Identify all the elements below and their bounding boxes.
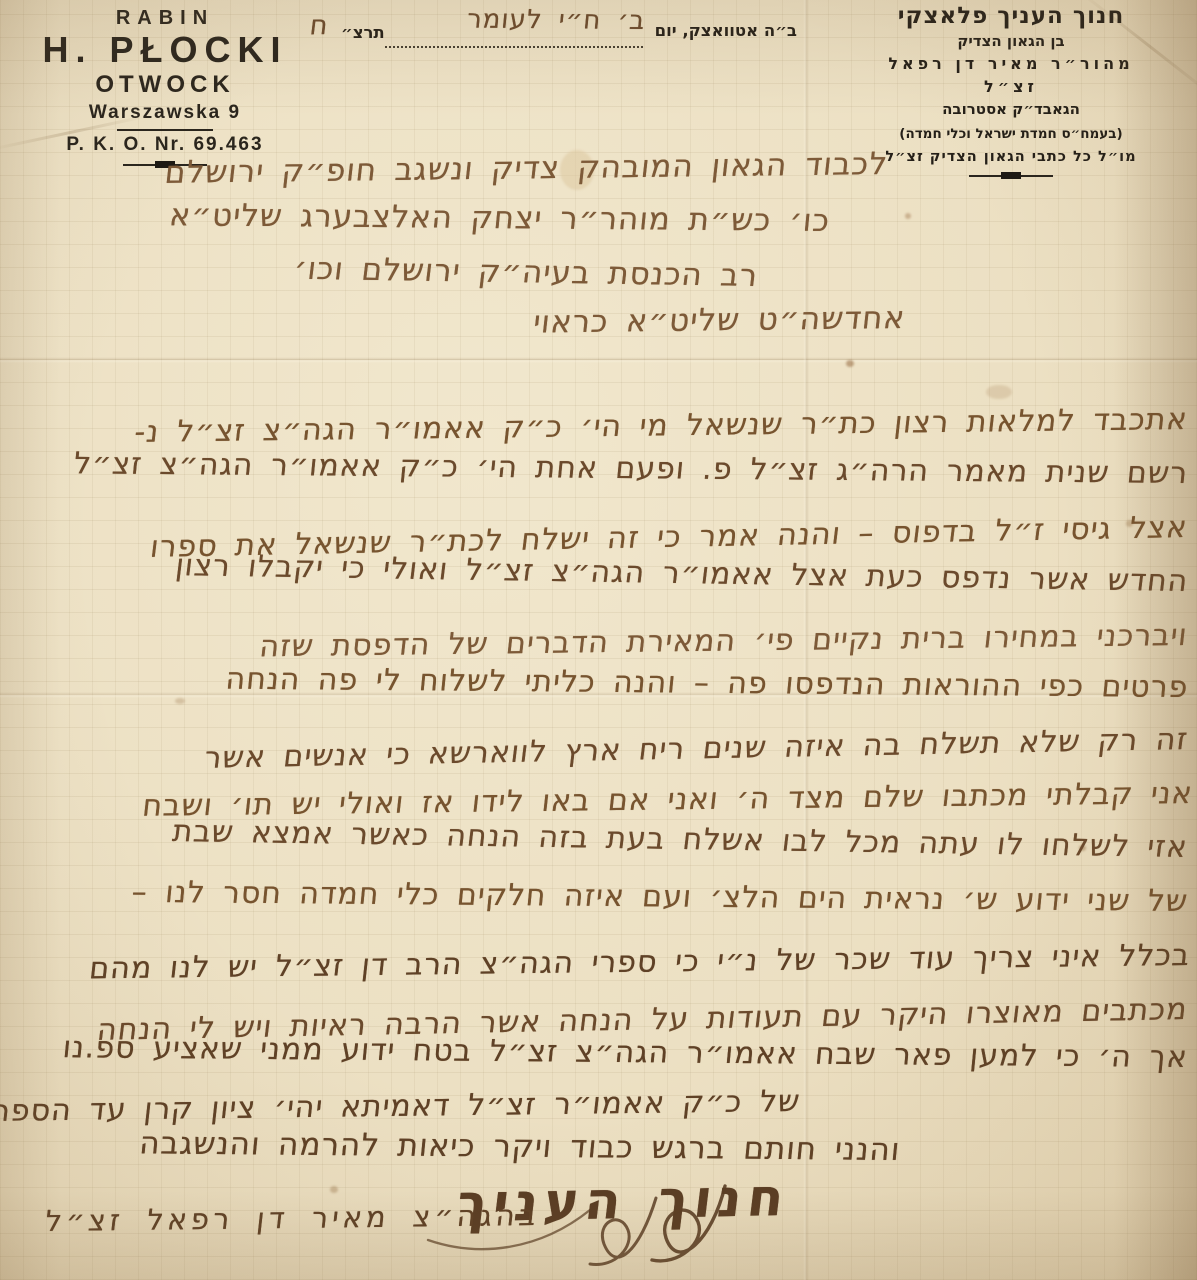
horizontal-crease: [0, 357, 1197, 363]
year-printed: תרצ״: [341, 23, 385, 42]
greeting-line: אחדשה״ט שליט״א כראוי: [531, 300, 907, 341]
body-line: ויברכני במחירו ברית נקיים פי׳ המאירת הדב…: [258, 618, 1190, 664]
letterhead-father: מהור״ר מאיר דן רפאל זצ״ל: [877, 52, 1145, 98]
body-line: פרטים כפי ההוראות הנדפסו פה – והנה כליתי…: [224, 662, 1190, 705]
body-line: אך ה׳ כי למען פאר שבח אאמו״ר הגה״צ זצ״ל …: [62, 1030, 1190, 1075]
letterhead-title: RABIN: [42, 6, 288, 30]
foxing-spot: [986, 385, 1012, 399]
greeting-line: לכבוד הגאון המובהק צדיק ונשגב חופ״ק ירוש…: [163, 146, 890, 191]
body-line: של כ״ק אאמו״ר זצ״ל דאמיתא יהי׳ ציון קרן …: [0, 1084, 802, 1130]
divider-rule: [117, 129, 213, 131]
foxing-spot: [175, 698, 185, 704]
foxing-spot: [905, 213, 911, 219]
body-line: אזי לשלחו לו עתה מכל לבו אשלח בעת בזה הנ…: [171, 814, 1190, 865]
letterhead-city: OTWOCK: [42, 70, 288, 100]
letterhead-right: חנוך העניך פלאצקי בן הגאון הצדיק מהור״ר …: [877, 2, 1145, 179]
divider-ornament: [969, 172, 1053, 179]
greeting-line: כו׳ כש״ת מוהר״ר יצחק האלצבערג שליט״א: [168, 197, 832, 239]
foxing-spot: [846, 360, 854, 367]
letter-paper: RABIN H. PŁOCKI OTWOCK Warszawska 9 P. K…: [0, 0, 1197, 1280]
body-line: רשם שנית מאמר הרה״ג זצ״ל פ. ופעם אחת הי׳…: [72, 446, 1190, 491]
body-line: זה רק שלא תשלח בה איזה שנים ריח ארץ לווא…: [202, 722, 1190, 776]
letterhead-position: הגאבד״ק אסטרובה: [877, 98, 1145, 120]
year-suffix-handwritten: ח: [308, 10, 330, 41]
closing-line: והנני חותם ברגש כבוד ויקר כיאות להרמה וה…: [138, 1125, 902, 1168]
date-handwritten: ב׳ ח״י לעומר: [465, 4, 646, 36]
foxing-spot: [330, 1186, 338, 1193]
body-line: החדש אשר נדפס כעת אצל אאמו״ר הגה״צ זצ״ל …: [173, 548, 1190, 599]
letterhead-left: RABIN H. PŁOCKI OTWOCK Warszawska 9 P. K…: [42, 6, 288, 168]
letterhead-lineage: בן הגאון הצדיק: [877, 30, 1145, 52]
greeting-line: רב הכנסת בעיה״ק ירושלם וכו׳: [292, 251, 761, 294]
rabbi-name-latin: H. PŁOCKI: [42, 30, 288, 70]
letterhead-publisher: מו״ל כל כתבי הגאון הצדיק זצ״ל: [877, 146, 1145, 168]
body-line: אתכבד למלאות רצון כת״ר שנשאל מי הי׳ כ״ק …: [133, 402, 1190, 450]
letterhead-street: Warszawska 9: [42, 100, 288, 126]
body-line: בכלל איני צריך עוד שכר של נ״י כי ספרי הג…: [87, 938, 1192, 986]
letterhead-works: (בעמח״ס חמדת ישראל וכלי חמדה): [877, 123, 1145, 146]
signature-patronymic: בהגה״צ מאיר דן רפאל זצ״ל: [44, 1198, 542, 1238]
rabbi-name-hebrew: חנוך העניך פלאצקי: [877, 2, 1145, 30]
body-line: של שני ידוע ש׳ נראית הים הלצ׳ ועם איזה ח…: [130, 875, 1190, 919]
date-place-printed: ב״ה אטוואצק, יום: [655, 21, 797, 40]
